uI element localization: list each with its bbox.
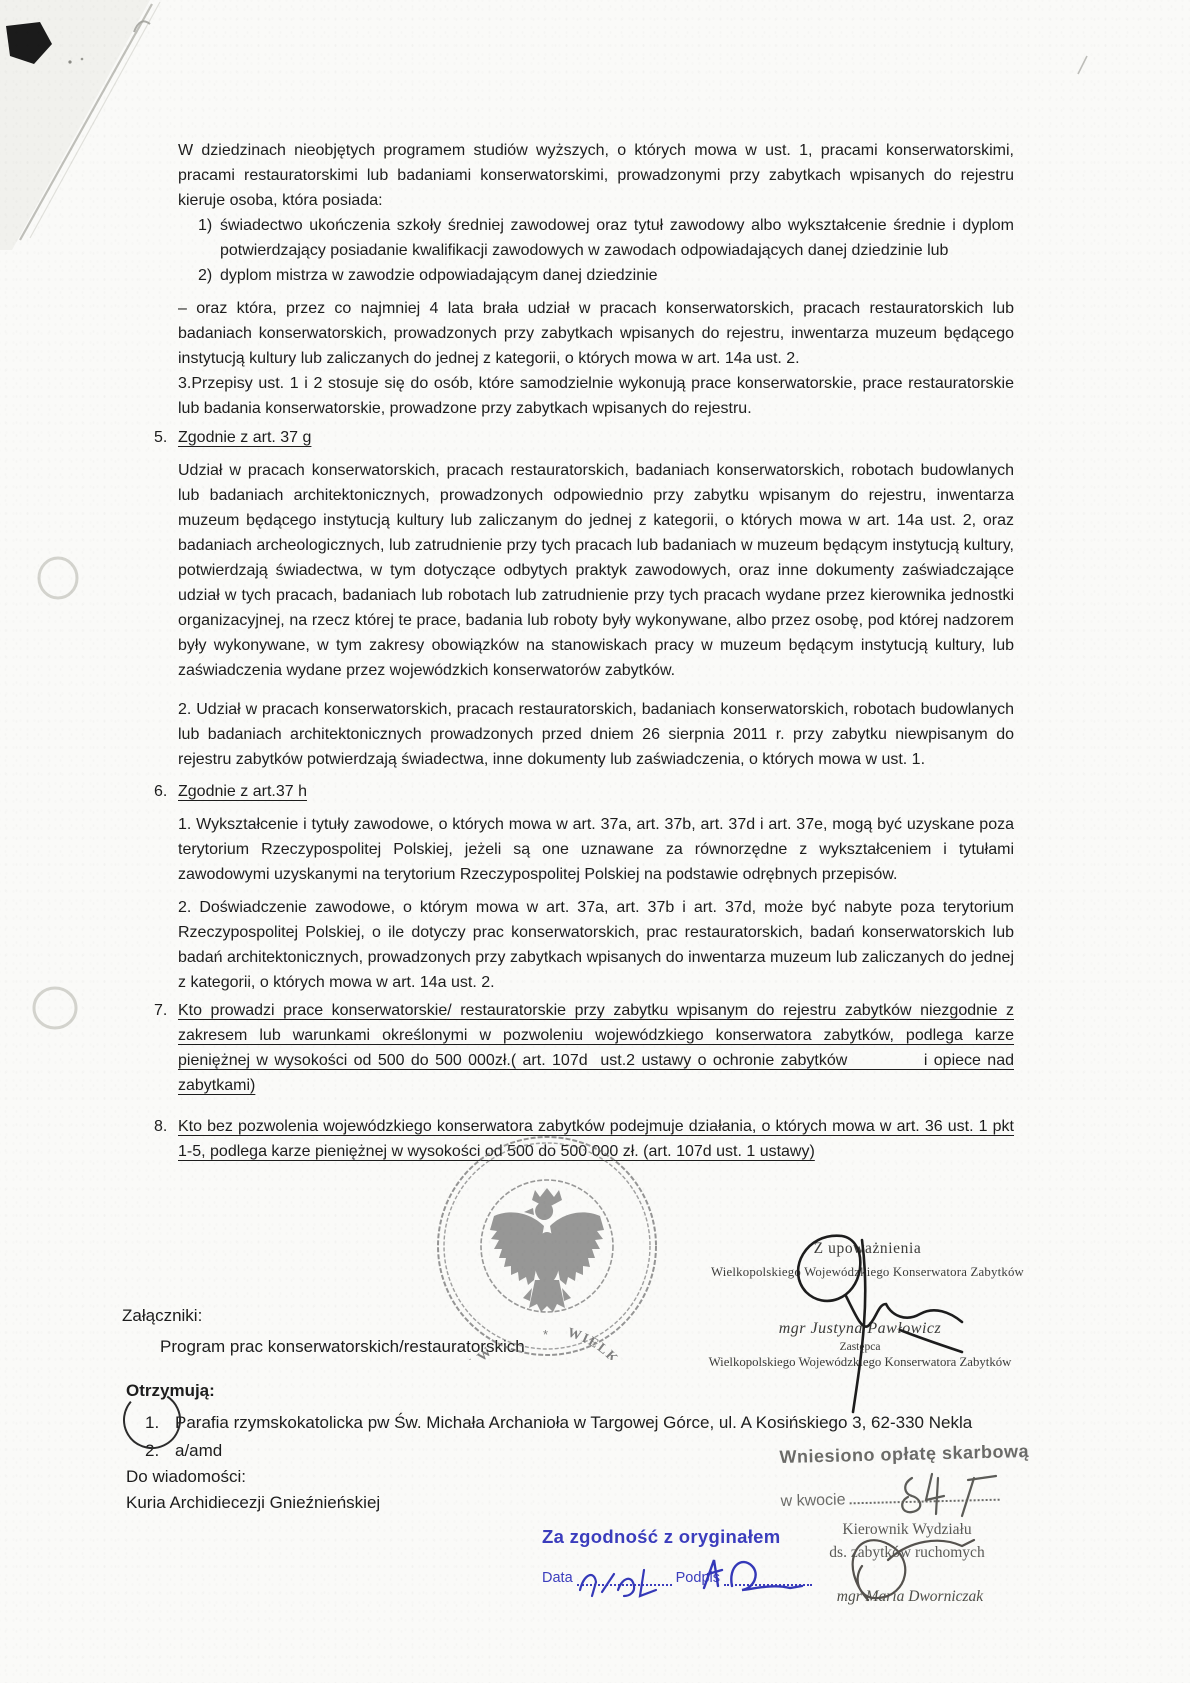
numbered-item-2: 2) dyplom mistrza w zawodzie odpowiadają… [178,263,1014,288]
attachments-block: Załączniki: Program prac konserwatorskic… [122,1303,525,1360]
section-6-paragraph-1: 1. Wykształcenie i tytuły zawodowe, o kt… [178,812,1014,887]
recipient-marker: 1. [145,1410,159,1436]
signer-authority: Wielkopolskiego Wojewódzkiego Konserwato… [700,1355,1020,1370]
section-number: 7. [154,998,167,1023]
recipient-text: Parafia rzymskokatolicka pw Św. Michała … [175,1413,972,1432]
recipient-text: a/amd [175,1441,222,1460]
authorization-block: Z upoważnienia Wielkopolskiego Wojewódzk… [690,1240,1045,1280]
eagle-emblem-icon [490,1188,604,1312]
authority-line: Wielkopolskiego Wojewódzkiego Konserwato… [690,1265,1045,1280]
corner-shading [0,0,150,250]
main-text-column: W dziedzinach nieobjętych programem stud… [178,138,1014,1164]
sign-label: Podpis [676,1570,720,1586]
punch-hole-ring [34,988,76,1028]
signer-name: mgr Justyna Pawłowicz [700,1320,1020,1338]
section-number: 5. [154,425,167,450]
intro-paragraph: W dziedzinach nieobjętych programem stud… [178,138,1014,213]
department-head-block: Kierownik Wydziału ds. zabytków ruchomyc… [798,1518,1016,1564]
section-6-heading: 6. Zgodnie z art.37 h [178,779,1014,804]
punch-hole-ring [39,558,77,598]
recipients-label: Otrzymują: [126,1378,986,1404]
section-5-paragraph-2: 2. Udział w pracach konserwatorskich, pr… [178,697,1014,772]
continuation-paragraph: – oraz która, przez co najmniej 4 lata b… [178,296,1014,371]
recipient-item: 1. Parafia rzymskokatolicka pw Św. Micha… [126,1410,1020,1436]
numbered-item-1: 1) świadectwo ukończenia szkoły średniej… [178,213,1014,263]
fee-stamp: Wniesiono opłatę skarbową w kwocie [779,1441,1030,1511]
section-heading-text: Zgodnie z art. 37 g [178,425,311,450]
ink-blot [6,22,52,64]
item-text: dyplom mistrza w zawodzie odpowiadającym… [220,263,1014,288]
certification-date-sign-row: Data Podpis [542,1570,812,1586]
section-number: 6. [154,779,167,804]
fee-amount-label: w kwocie [780,1491,845,1510]
attachment-item: Program prac konserwatorskich/restaurato… [160,1334,525,1360]
section-7-text: Kto prowadzi prace konserwatorskie/ rest… [178,998,1014,1098]
seal-star: * [543,1327,548,1342]
speck [68,60,71,63]
section-8-text: Kto bez pozwolenia wojewódzkiego konserw… [178,1114,1014,1164]
item-marker: 1) [198,213,212,238]
date-dotted-line [577,1570,672,1586]
certification-text: Za zgodność z oryginałem [542,1526,812,1548]
seal-inner-ring [481,1180,613,1312]
recipient-marker: 2. [145,1438,159,1464]
section-5-heading: 5. Zgodnie z art. 37 g [178,425,1014,450]
signer-block: mgr Justyna Pawłowicz Zastępca Wielkopol… [700,1320,1020,1370]
speck [81,58,84,61]
paragraph-3: 3.Przepisy ust. 1 i 2 stosuje się do osó… [178,371,1014,421]
authorization-line: Z upoważnienia [690,1240,1045,1258]
section-8: 8. Kto bez pozwolenia wojewódzkiego kons… [178,1114,1014,1164]
section-5-paragraph-1: Udział w pracach konserwatorskich, praca… [178,458,1014,683]
item-marker: 2) [198,263,212,288]
fold-crease-line-faint [30,2,160,238]
section-6-paragraph-2: 2. Doświadczenie zawodowe, o którym mowa… [178,895,1014,995]
item-text: świadectwo ukończenia szkoły średniej za… [220,213,1014,263]
document-page: W dziedzinach nieobjętych programem stud… [0,0,1190,1683]
fee-amount-dotted-line [850,1485,1000,1505]
edge-mark [1078,56,1087,74]
fee-amount-row: w kwocie [780,1484,1030,1511]
smudge-mark [134,21,150,32]
certification-stamp: Za zgodność z oryginałem Data Podpis [542,1526,812,1586]
section-heading-text: Zgodnie z art.37 h [178,779,307,804]
section-number: 8. [154,1114,167,1139]
attachments-label: Załączniki: [122,1303,525,1329]
date-label: Data [542,1570,573,1586]
section-7: 7. Kto prowadzi prace konserwatorskie/ r… [178,998,1014,1098]
head-role-line1: Kierownik Wydziału [798,1518,1016,1541]
head-role-line2: ds. zabytków ruchomych [798,1541,1016,1564]
signature-dotted-line [724,1570,812,1586]
signer-role: Zastępca [700,1341,1020,1353]
department-head-name: mgr Maria Dworniczak [796,1588,1024,1606]
fold-crease-line [20,4,152,240]
